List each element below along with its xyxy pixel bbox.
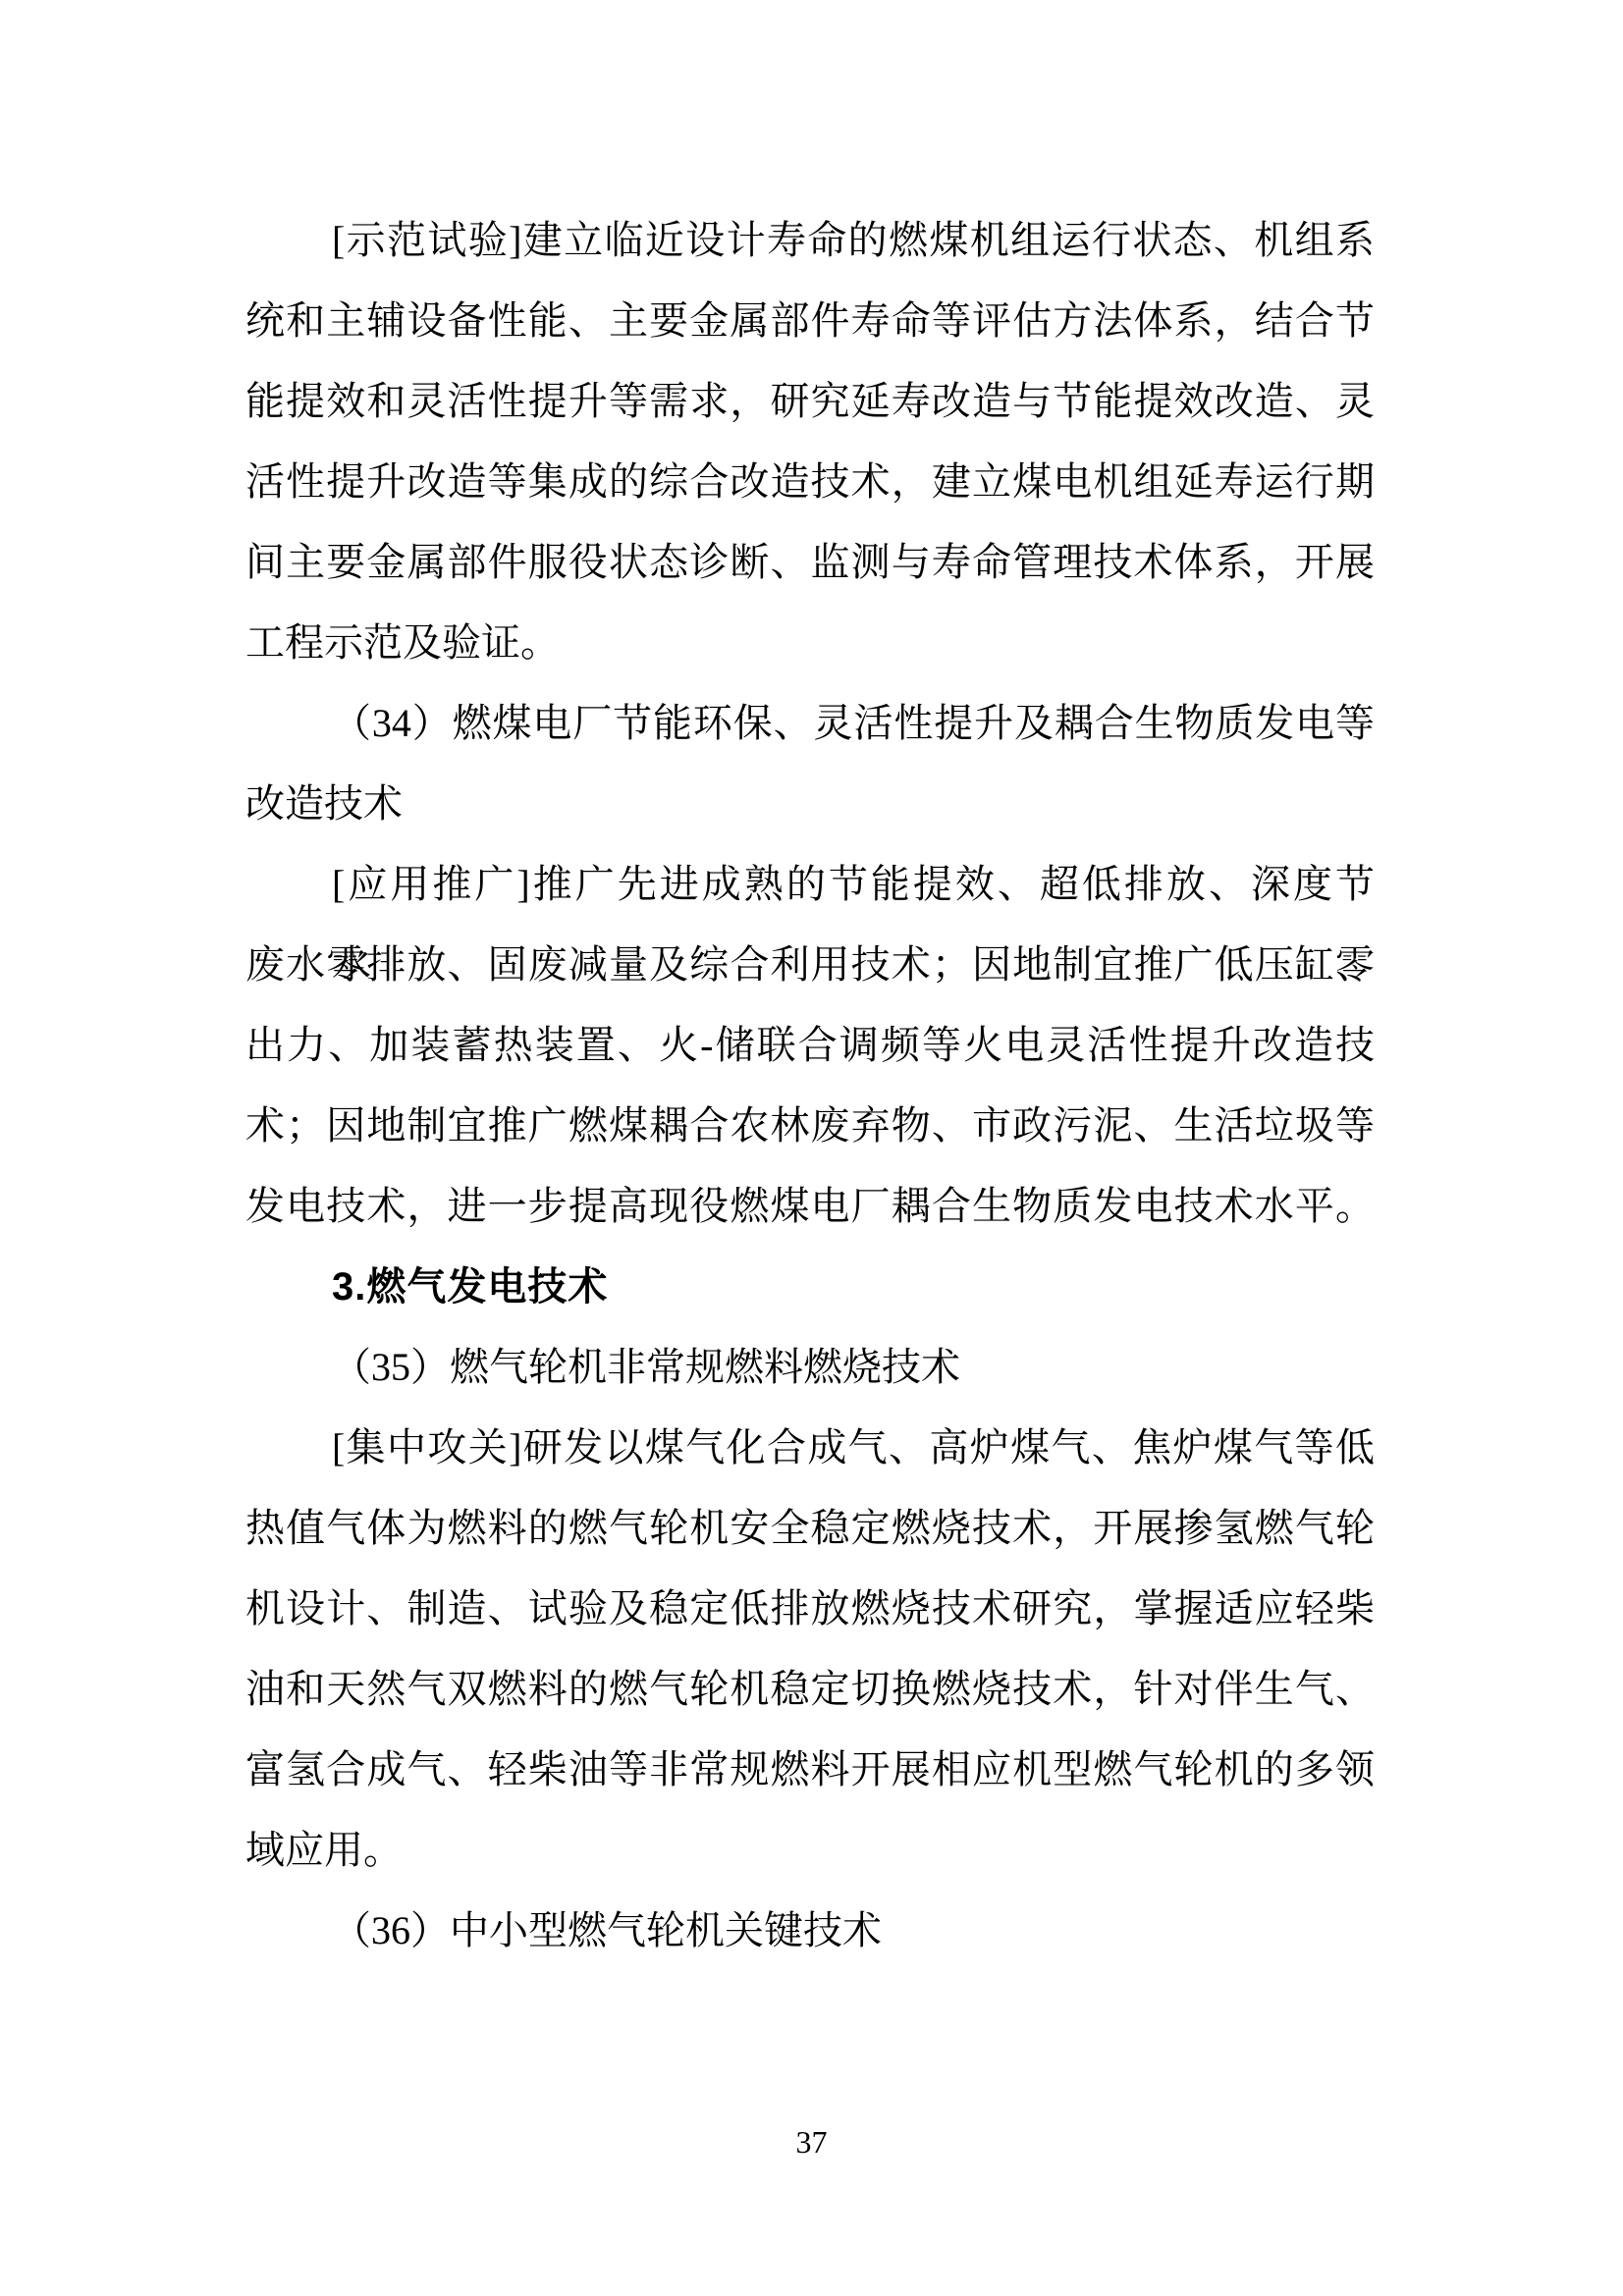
text-line: 统和主辅设备性能、主要金属部件寿命等评估方法体系，结合节 bbox=[245, 281, 1375, 361]
item-35-title-line: （35）燃气轮机非常规燃料燃烧技术 bbox=[245, 1327, 1375, 1408]
text-line: [示范试验]建立临近设计寿命的燃煤机组运行状态、机组系 bbox=[245, 200, 1375, 281]
document-text-block: [示范试验]建立临近设计寿命的燃煤机组运行状态、机组系 统和主辅设备性能、主要金… bbox=[245, 200, 1375, 1971]
text-line: 出力、加装蓄热装置、火-储联合调频等火电灵活性提升改造技 bbox=[245, 1005, 1375, 1086]
text-line: 术；因地制宜推广燃煤耦合农林废弃物、市政污泥、生活垃圾等 bbox=[245, 1086, 1375, 1166]
text-line: [应用推广]推广先进成熟的节能提效、超低排放、深度节水、 bbox=[245, 844, 1375, 925]
text-line: 油和天然气双燃料的燃气轮机稳定切换燃烧技术，针对伴生气、 bbox=[245, 1649, 1375, 1730]
text-line: 域应用。 bbox=[245, 1810, 1375, 1891]
page-number: 37 bbox=[0, 2122, 1623, 2162]
text-line: 机设计、制造、试验及稳定低排放燃烧技术研究，掌握适应轻柴 bbox=[245, 1569, 1375, 1649]
item-36-title-line: （36）中小型燃气轮机关键技术 bbox=[245, 1891, 1375, 1971]
section-heading-gas-power: 3.燃气发电技术 bbox=[245, 1247, 1375, 1327]
text-line: 活性提升改造等集成的综合改造技术，建立煤电机组延寿运行期 bbox=[245, 442, 1375, 522]
text-line: 工程示范及验证。 bbox=[245, 603, 1375, 683]
item-34-title-line: （34）燃煤电厂节能环保、灵活性提升及耦合生物质发电等 bbox=[245, 683, 1375, 764]
text-line: 发电技术，进一步提高现役燃煤电厂耦合生物质发电技术水平。 bbox=[245, 1166, 1375, 1247]
text-line: 热值气体为燃料的燃气轮机安全稳定燃烧技术，开展掺氢燃气轮 bbox=[245, 1488, 1375, 1569]
document-page: [示范试验]建立临近设计寿命的燃煤机组运行状态、机组系 统和主辅设备性能、主要金… bbox=[0, 0, 1623, 2296]
text-line: [集中攻关]研发以煤气化合成气、高炉煤气、焦炉煤气等低 bbox=[245, 1408, 1375, 1488]
text-line: 废水零排放、固废减量及综合利用技术；因地制宜推广低压缸零 bbox=[245, 925, 1375, 1005]
text-line: 富氢合成气、轻柴油等非常规燃料开展相应机型燃气轮机的多领 bbox=[245, 1730, 1375, 1810]
text-line: 能提效和灵活性提升等需求，研究延寿改造与节能提效改造、灵 bbox=[245, 361, 1375, 442]
item-34-title-line: 改造技术 bbox=[245, 764, 1375, 844]
text-line: 间主要金属部件服役状态诊断、监测与寿命管理技术体系，开展 bbox=[245, 522, 1375, 603]
